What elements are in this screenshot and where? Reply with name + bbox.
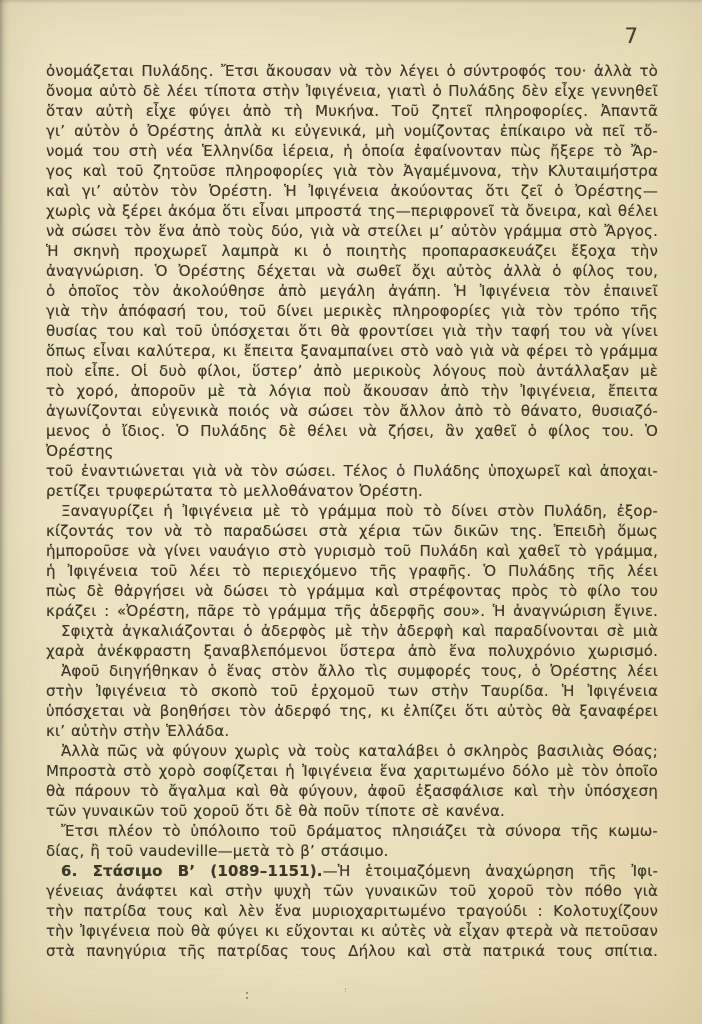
text-line: ὀνομάζεται Πυλάδης. Ἔτσι ἄκουσαν νὰ τὸν … xyxy=(46,61,658,81)
text-line: θὰ πάρουν τὸ ἄγαλμα καὶ θὰ φύγουν, ἀφοῦ … xyxy=(46,781,658,801)
body-text: γι’ αὐτὸν ὁ Ὀρέστης ἁπλὰ κι εὐγενικά, μὴ… xyxy=(46,122,658,140)
text-line: 6. Στάσιμο Β’ (1089–1151).—Ἡ ἑτοιμαζόμεν… xyxy=(46,861,658,881)
body-text: ὑπόσχεται νὰ βοηθήσει τὸν ἀδερφό της, κι… xyxy=(46,702,658,720)
body-text: κι’ αὐτὴν στὴν Ἑλλάδα. xyxy=(46,722,229,740)
body-text: ὄνομα αὐτὸ δὲ λέει τίποτα στὴν Ἰφιγένεια… xyxy=(46,82,658,100)
body-text: κίζοντάς τον νὰ τὸ παραδώσει στὰ χέρια τ… xyxy=(46,522,658,540)
text-line: νὰ σώσει τὸν ἕνα ἀπὸ τοὺς δύο, γιὰ νὰ στ… xyxy=(46,221,658,241)
text-line: πὼς δὲ θἀργήσει νὰ δώσει τὸ γράμμα καὶ σ… xyxy=(46,581,658,601)
text-line: ἀναγνώριση. Ὁ Ὀρέστης δέχεται νὰ σωθεῖ ὄ… xyxy=(46,261,658,281)
body-text: τὴν Ἰφιγένεια ποὺ θὰ φύγει κι εὔχονται κ… xyxy=(46,922,658,940)
text-line: Σφιχτὰ ἀγκαλιάζονται ὁ ἀδερφὸς μὲ τὴν ἀδ… xyxy=(46,621,658,641)
body-text: ἀναγνώριση. Ὁ Ὀρέστης δέχεται νὰ σωθεῖ ὄ… xyxy=(46,262,658,280)
body-text: νομά του στὴ νέα Ἑλληνίδα ἱέρεια, ἡ ὁποί… xyxy=(46,142,658,160)
body-text: τοῦ ἐναντιώνεται γιὰ νὰ τὸν σώσει. Τέλος… xyxy=(46,462,658,480)
body-text: δίας, ἢ τοῦ vaudeville—μετὰ τὸ β’ στάσιμ… xyxy=(46,842,389,860)
text-line: Ἔτσι πλέον τὸ ὑπόλοιπο τοῦ δράματος πλησ… xyxy=(46,821,658,841)
body-text: στὰ πανηγύρια τῆς πατρίδας τους Δήλου κα… xyxy=(46,942,658,960)
text-line: στὰ πανηγύρια τῆς πατρίδας τους Δήλου κα… xyxy=(46,941,658,961)
ink-speck xyxy=(345,988,348,992)
text-line: γι’ αὐτὸν ὁ Ὀρέστης ἁπλὰ κι εὐγενικά, μὴ… xyxy=(46,121,658,141)
text-line: γιὰ τὴν ἀπόφασή του, τοῦ δίνει μερικὲς π… xyxy=(46,301,658,321)
text-line: κίζοντάς τον νὰ τὸ παραδώσει στὰ χέρια τ… xyxy=(46,521,658,541)
text-line: στὴν Ἰφιγένεια τὸ σκοπὸ τοῦ ἐρχομοῦ των … xyxy=(46,681,658,701)
body-text: μενος ὁ ἴδιος. Ὁ Πυλάδης δὲ θέλει νὰ ζήσ… xyxy=(46,422,658,460)
body-text: τῶν γυναικῶν τοῦ χοροῦ ὅτι δὲ θὰ ποῦν τί… xyxy=(46,802,505,820)
body-text: —Ἡ ἑτοιμαζόμενη ἀναχώρηση τῆς Ἰφι- xyxy=(323,862,658,880)
body-text: ὅταν αὐτὴ εἶχε φύγει ἀπὸ τὴ Μυκήνα. Τοῦ … xyxy=(46,102,658,120)
text-line: ὁ ὁποῖος τὸν ἀκολούθησε ἀπὸ μεγάλη ἀγάπη… xyxy=(46,281,658,301)
section-heading-text: 6. Στάσιμο Β’ (1089–1151). xyxy=(61,862,323,880)
text-line: Ἀφοῦ διηγήθηκαν ὁ ἕνας στὸν ἄλλο τὶς συμ… xyxy=(46,661,658,681)
text-line: καὶ γι’ αὐτὸν τὸν Ὀρέστη. Ἡ Ἰφιγένεια ἀκ… xyxy=(46,181,658,201)
body-text: ὅπως εἶναι καλύτερα, κι ἔπειτα ξαναμπαίν… xyxy=(46,342,658,360)
paragraph: Ἔτσι πλέον τὸ ὑπόλοιπο τοῦ δράματος πλησ… xyxy=(46,821,658,861)
scan-left-edge xyxy=(0,0,12,1024)
text-line: τῶν γυναικῶν τοῦ χοροῦ ὅτι δὲ θὰ ποῦν τί… xyxy=(46,801,658,821)
text-line: μενος ὁ ἴδιος. Ὁ Πυλάδης δὲ θέλει νὰ ζήσ… xyxy=(46,421,658,461)
text-block: ὀνομάζεται Πυλάδης. Ἔτσι ἄκουσαν νὰ τὸν … xyxy=(46,61,658,961)
text-line: ἀγωνίζονται εὐγενικὰ ποιός νὰ σώσει τὸν … xyxy=(46,401,658,421)
body-text: νὰ σώσει τὸν ἕνα ἀπὸ τοὺς δύο, γιὰ νὰ στ… xyxy=(46,222,658,240)
text-line: κράζει : «Ὀρέστη, πᾶρε τὸ γράμμα τῆς ἀδε… xyxy=(46,601,658,621)
body-text: Ἡ σκηνὴ προχωρεῖ λαμπρὰ κι ὁ ποιητὴς προ… xyxy=(46,242,658,260)
text-line: ὄνομα αὐτὸ δὲ λέει τίποτα στὴν Ἰφιγένεια… xyxy=(46,81,658,101)
body-text: τὸ χορό, ἀποροῦν μὲ τὰ λόγια ποὺ ἄκουσαν… xyxy=(46,382,658,400)
body-text: Ξαναγυρίζει ἡ Ἰφιγένεια μὲ τὸ γράμμα ποὺ… xyxy=(61,502,658,520)
text-line: χωρὶς νὰ ξέρει ἀκόμα ὅτι εἶναι μπροστά τ… xyxy=(46,201,658,221)
paragraph: Σφιχτὰ ἀγκαλιάζονται ὁ ἀδερφὸς μὲ τὴν ἀδ… xyxy=(46,621,658,661)
body-text: ὀνομάζεται Πυλάδης. Ἔτσι ἄκουσαν νὰ τὸν … xyxy=(46,62,658,80)
body-text: χωρὶς νὰ ξέρει ἀκόμα ὅτι εἶναι μπροστά τ… xyxy=(46,202,658,220)
text-line: Ἀλλὰ πῶς νὰ φύγουν χωρὶς νὰ τοὺς καταλάβ… xyxy=(46,741,658,761)
body-text: γένειας ἀνάφτει καὶ στὴν ψυχὴ τῶν γυναικ… xyxy=(46,882,658,900)
body-text: Ἀφοῦ διηγήθηκαν ὁ ἕνας στὸν ἄλλο τὶς συμ… xyxy=(61,662,658,680)
text-line: ποὺ εἶπε. Οἱ δυὸ φίλοι, ὕστερ’ ἀπὸ μερικ… xyxy=(46,361,658,381)
text-line: Μπροστὰ στὸ χορὸ σοφίζεται ἡ Ἰφιγένεια ἕ… xyxy=(46,761,658,781)
text-line: ἡμποροῦσε νὰ γίνει ναυάγιο στὸ γυρισμὸ τ… xyxy=(46,541,658,561)
text-line: δίας, ἢ τοῦ vaudeville—μετὰ τὸ β’ στάσιμ… xyxy=(46,841,658,861)
body-text: ρετίζει τρυφερώτατα τὸ μελλοθάνατον Ὀρέσ… xyxy=(46,482,423,500)
page-number: 7 xyxy=(625,24,638,48)
body-text: Ἔτσι πλέον τὸ ὑπόλοιπο τοῦ δράματος πλησ… xyxy=(61,822,658,840)
paragraph: Ἀφοῦ διηγήθηκαν ὁ ἕνας στὸν ἄλλο τὶς συμ… xyxy=(46,661,658,741)
text-line: Ξαναγυρίζει ἡ Ἰφιγένεια μὲ τὸ γράμμα ποὺ… xyxy=(46,501,658,521)
paragraph: ὀνομάζεται Πυλάδης. Ἔτσι ἄκουσαν νὰ τὸν … xyxy=(46,61,658,501)
scan-top-edge xyxy=(0,0,702,4)
text-line: τὴν πατρίδα τους καὶ λὲν ἕνα μυριοχαριτω… xyxy=(46,901,658,921)
text-line: κι’ αὐτὴν στὴν Ἑλλάδα. xyxy=(46,721,658,741)
body-text: θὰ πάρουν τὸ ἄγαλμα καὶ θὰ φύγουν, ἀφοῦ … xyxy=(46,782,658,800)
text-line: Ἡ σκηνὴ προχωρεῖ λαμπρὰ κι ὁ ποιητὴς προ… xyxy=(46,241,658,261)
body-text: ἀγωνίζονται εὐγενικὰ ποιός νὰ σώσει τὸν … xyxy=(46,402,658,420)
body-text: πὼς δὲ θἀργήσει νὰ δώσει τὸ γράμμα καὶ σ… xyxy=(46,582,658,600)
body-text: γος καὶ τοῦ ζητοῦσε πληροφορίες γιὰ τὸν … xyxy=(46,162,658,180)
body-text: Μπροστὰ στὸ χορὸ σοφίζεται ἡ Ἰφιγένεια ἕ… xyxy=(46,762,658,780)
text-line: τὸ χορό, ἀποροῦν μὲ τὰ λόγια ποὺ ἄκουσαν… xyxy=(46,381,658,401)
ink-speck xyxy=(246,992,250,999)
paragraph: 6. Στάσιμο Β’ (1089–1151).—Ἡ ἑτοιμαζόμεν… xyxy=(46,861,658,961)
body-text: ἡμποροῦσε νὰ γίνει ναυάγιο στὸ γυρισμὸ τ… xyxy=(46,542,658,560)
body-text: Ἀλλὰ πῶς νὰ φύγουν χωρὶς νὰ τοὺς καταλάβ… xyxy=(61,742,658,760)
text-line: χαρὰ ἀνέκφραστη ξαναβλεπόμενοι ὕστερα ἀπ… xyxy=(46,641,658,661)
paragraph: Ἀλλὰ πῶς νὰ φύγουν χωρὶς νὰ τοὺς καταλάβ… xyxy=(46,741,658,821)
text-line: ὅπως εἶναι καλύτερα, κι ἔπειτα ξαναμπαίν… xyxy=(46,341,658,361)
text-line: ὅταν αὐτὴ εἶχε φύγει ἀπὸ τὴ Μυκήνα. Τοῦ … xyxy=(46,101,658,121)
body-text: στὴν Ἰφιγένεια τὸ σκοπὸ τοῦ ἐρχομοῦ των … xyxy=(46,682,658,700)
text-line: γος καὶ τοῦ ζητοῦσε πληροφορίες γιὰ τὸν … xyxy=(46,161,658,181)
text-line: ὑπόσχεται νὰ βοηθήσει τὸν ἀδερφό της, κι… xyxy=(46,701,658,721)
body-text: ποὺ εἶπε. Οἱ δυὸ φίλοι, ὕστερ’ ἀπὸ μερικ… xyxy=(46,362,658,380)
text-line: γένειας ἀνάφτει καὶ στὴν ψυχὴ τῶν γυναικ… xyxy=(46,881,658,901)
body-text: τὴν πατρίδα τους καὶ λὲν ἕνα μυριοχαριτω… xyxy=(46,902,658,920)
body-text: ὁ ὁποῖος τὸν ἀκολούθησε ἀπὸ μεγάλη ἀγάπη… xyxy=(46,282,658,300)
text-line: νομά του στὴ νέα Ἑλληνίδα ἱέρεια, ἡ ὁποί… xyxy=(46,141,658,161)
text-line: ἡ Ἰφιγένεια τοῦ λέει τὸ περιεχόμενο τῆς … xyxy=(46,561,658,581)
text-line: θυσίας του καὶ τοῦ ὑπόσχεται ὅτι θὰ φρον… xyxy=(46,321,658,341)
text-line: τὴν Ἰφιγένεια ποὺ θὰ φύγει κι εὔχονται κ… xyxy=(46,921,658,941)
body-text: χαρὰ ἀνέκφραστη ξαναβλεπόμενοι ὕστερα ἀπ… xyxy=(46,642,658,660)
paragraph: Ξαναγυρίζει ἡ Ἰφιγένεια μὲ τὸ γράμμα ποὺ… xyxy=(46,501,658,621)
body-text: γιὰ τὴν ἀπόφασή του, τοῦ δίνει μερικὲς π… xyxy=(46,302,658,320)
body-text: Σφιχτὰ ἀγκαλιάζονται ὁ ἀδερφὸς μὲ τὴν ἀδ… xyxy=(61,622,658,640)
text-line: τοῦ ἐναντιώνεται γιὰ νὰ τὸν σώσει. Τέλος… xyxy=(46,461,658,481)
body-text: κράζει : «Ὀρέστη, πᾶρε τὸ γράμμα τῆς ἀδε… xyxy=(46,602,658,620)
body-text: καὶ γι’ αὐτὸν τὸν Ὀρέστη. Ἡ Ἰφιγένεια ἀκ… xyxy=(46,182,658,200)
text-line: ρετίζει τρυφερώτατα τὸ μελλοθάνατον Ὀρέσ… xyxy=(46,481,658,501)
body-text: ἡ Ἰφιγένεια τοῦ λέει τὸ περιεχόμενο τῆς … xyxy=(46,562,658,580)
body-text: θυσίας του καὶ τοῦ ὑπόσχεται ὅτι θὰ φρον… xyxy=(46,322,658,340)
